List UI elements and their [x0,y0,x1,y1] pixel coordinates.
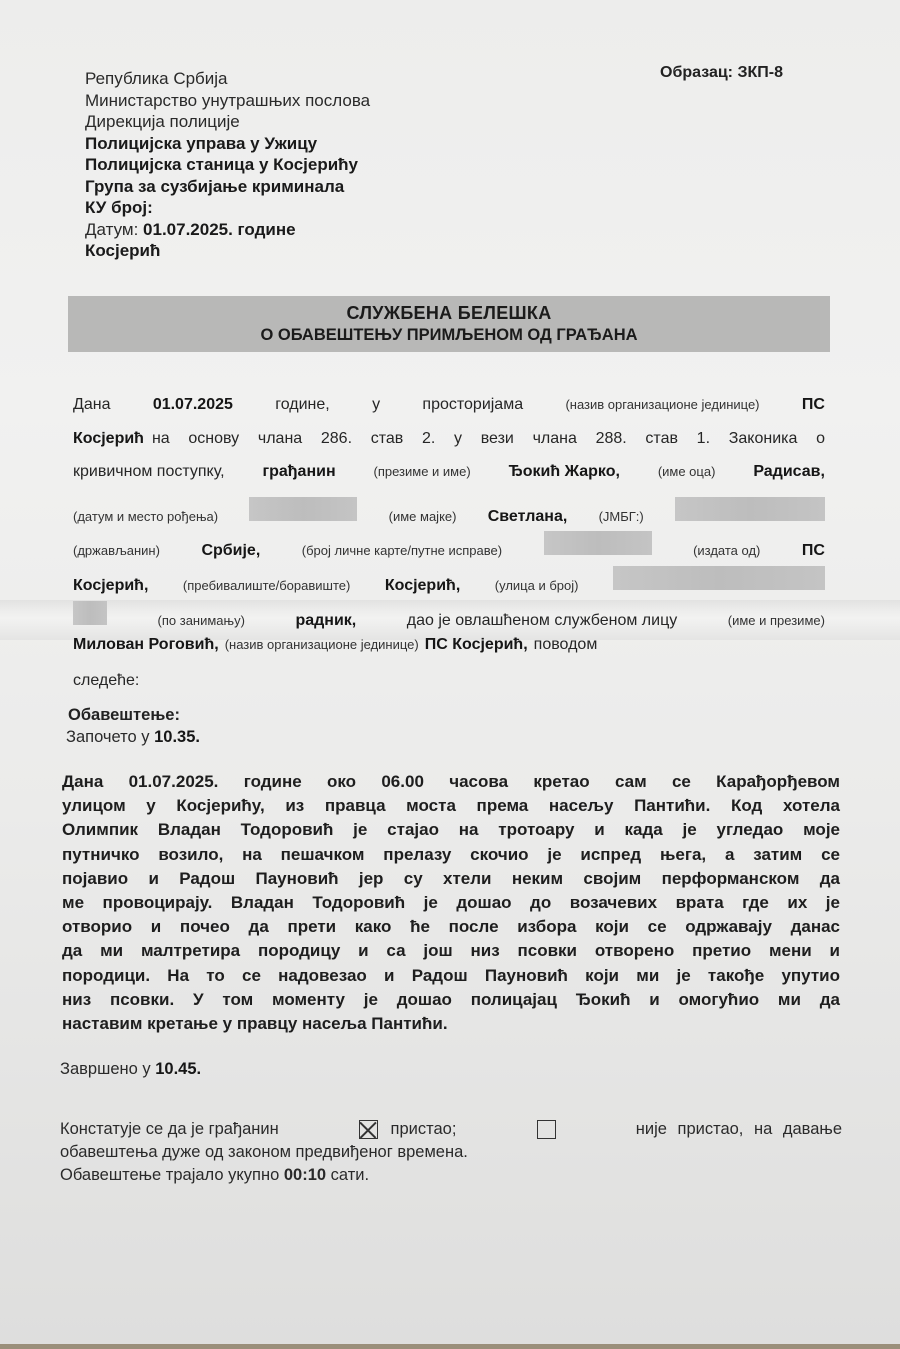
field-hint: (издата од) [693,543,760,558]
intro-line-8: Милован Роговић, (назив организационе је… [73,636,825,654]
issuer-header: Република Србија Министарство унутрашњих… [85,68,370,262]
duration-label: Обавештење трајало укупно [60,1166,279,1184]
intro-line-1: Дана 01.07.2025 године, у просторијама (… [73,396,825,414]
field-hint: (име оца) [658,464,716,479]
started-line: Започето у 10.35. [66,728,200,747]
intro-line-4: (датум и место рођења) (име мајке) Светл… [73,497,825,526]
refused-checkbox[interactable] [537,1120,556,1139]
text: на основу члана 286. став 2. у вези члан… [152,430,825,448]
header-line: Група за сузбијање криминала [85,176,370,198]
intro-line-9: следеће: [73,672,825,690]
redacted-address [613,566,825,590]
intro-line-6: Косјерић, (пребивалиште/боравиште) Косје… [73,566,825,595]
consent-line-2: обавештења дуже од законом предвиђеног в… [60,1141,842,1164]
redacted-address-cont [73,601,107,625]
refused-label: није пристао, на давање [636,1118,842,1141]
date-label: Датум: [85,220,138,239]
consent-prefix: Констатује се да је грађанин [60,1118,279,1141]
header-line: Република Србија [85,68,370,90]
header-line: Дирекција полиције [85,111,370,133]
notice-label: Обавештење: [68,706,180,725]
form-code: Образац: ЗКП-8 [660,64,783,82]
statement-line: путничко возило, на пешачком прелазу ско… [62,843,840,867]
date-line: Датум: 01.07.2025. године [85,219,370,241]
agreed-option: пристао; [359,1118,456,1141]
statement-line: појавио и Радош Пауновић јер су хтели не… [62,867,840,891]
finished-label: Завршено у [60,1060,151,1078]
header-line: Полицијска станица у Косјерићу [85,154,370,176]
case-number-label: КУ број: [85,197,370,219]
statement-line: Дана 01.07.2025. године око 06.00 часова… [62,770,840,794]
started-time: 10.35. [154,728,200,746]
field-hint: (презиме и име) [374,464,471,479]
redacted-id-number [544,531,652,555]
started-label: Започето у [66,728,150,746]
mother-name: Светлана, [488,508,568,526]
intro-line-3: кривичном поступку, грађанин (презиме и … [73,463,825,481]
statement-line: низ псовки. У том моменту је дошао полиц… [62,988,840,1012]
field-hint: (ЈМБГ:) [599,509,644,524]
unit: ПС Косјерић, [425,636,528,654]
statement-line: наставим кретање у правцу насеља Пантићи… [62,1012,840,1036]
redacted-jmbg [675,497,825,521]
duration-unit: сати. [331,1166,369,1184]
intro-line-5: (држављанин) Србије, (број личне карте/п… [73,531,825,560]
place: Косјерић [85,240,370,262]
header-line: Министарство унутрашњих послова [85,90,370,112]
header-line: Полицијска управа у Ужицу [85,133,370,155]
date: 01.07.2025 [153,396,233,414]
duration-value: 00:10 [284,1166,326,1184]
statement-line: Олимпик Владан Тодоровић је стајао на тр… [62,818,840,842]
residence: Косјерић, [385,577,460,595]
statement-line: да ми малтретира породицу и са још низ п… [62,939,840,963]
refused-option [537,1118,556,1141]
consent-section: Констатује се да је грађанин пристао; ни… [60,1118,842,1187]
field-hint: (број личне карте/путне исправе) [302,543,502,558]
citizenship: Србије, [201,542,260,560]
field-hint: (име и презиме) [728,613,825,628]
text: просторијама [422,396,523,414]
text: следеће: [73,672,139,690]
father-name: Радисав, [753,463,825,481]
text: грађанин [262,463,335,481]
officer-name: Милован Роговић, [73,636,219,654]
field-hint: (име мајке) [389,509,457,524]
document-page: Република Србија Министарство унутрашњих… [0,0,900,1349]
field-hint: (држављанин) [73,543,160,558]
statement-line: породици. На то се надовезао и Радош Пау… [62,964,840,988]
issuer: Косјерић, [73,577,148,595]
title-line-1: СЛУЖБЕНА БЕЛЕШКА [68,303,830,324]
unit: ПС [802,396,825,414]
text: кривичном поступку, [73,463,225,481]
duration-line: Обавештење трајало укупно 00:10 сати. [60,1164,842,1187]
redacted-birth-info [249,497,357,521]
agreed-label: пристао; [391,1120,457,1138]
intro-line-2: Косјерић на основу члана 286. став 2. у … [73,430,825,448]
citizen-name: Ђокић Жарко, [509,463,620,481]
field-hint: (датум и место рођења) [73,509,218,524]
statement-line: ме провоцирају. Владан Тодоровић је доша… [62,891,840,915]
finished-line: Завршено у 10.45. [60,1060,201,1079]
statement-line: улицом у Косјерићу, из правца моста прем… [62,794,840,818]
date-value: 01.07.2025. године [143,220,296,239]
intro-line-7: (по занимању) радник, дао је овлашћеном … [73,601,825,630]
agreed-checkbox[interactable] [359,1120,378,1139]
text: године, [275,396,329,414]
text: дао је овлашћеном службеном лицу [407,612,677,630]
finished-time: 10.45. [155,1060,201,1078]
field-hint: (назив организационе јединице) [565,397,759,412]
document-title: СЛУЖБЕНА БЕЛЕШКА О ОБАВЕШТЕЊУ ПРИМЉЕНОМ … [68,296,830,352]
field-hint: (по занимању) [158,613,245,628]
unit: Косјерић [73,430,144,448]
field-hint: (назив организационе јединице) [225,637,419,652]
title-line-2: О ОБАВЕШТЕЊУ ПРИМЉЕНОМ ОД ГРАЂАНА [68,326,830,345]
text: у [372,396,380,414]
issuer: ПС [802,542,825,560]
consent-row: Констатује се да је грађанин пристао; ни… [60,1118,842,1141]
citizen-statement: Дана 01.07.2025. године око 06.00 часова… [62,770,840,1036]
field-hint: (улица и број) [495,578,579,593]
paper-edge [0,1344,900,1349]
text: Дана [73,396,110,414]
field-hint: (пребивалиште/боравиште) [183,578,350,593]
text: поводом [534,636,598,654]
statement-line: отворио и почео да прети како ће после и… [62,915,840,939]
occupation: радник, [295,612,356,630]
